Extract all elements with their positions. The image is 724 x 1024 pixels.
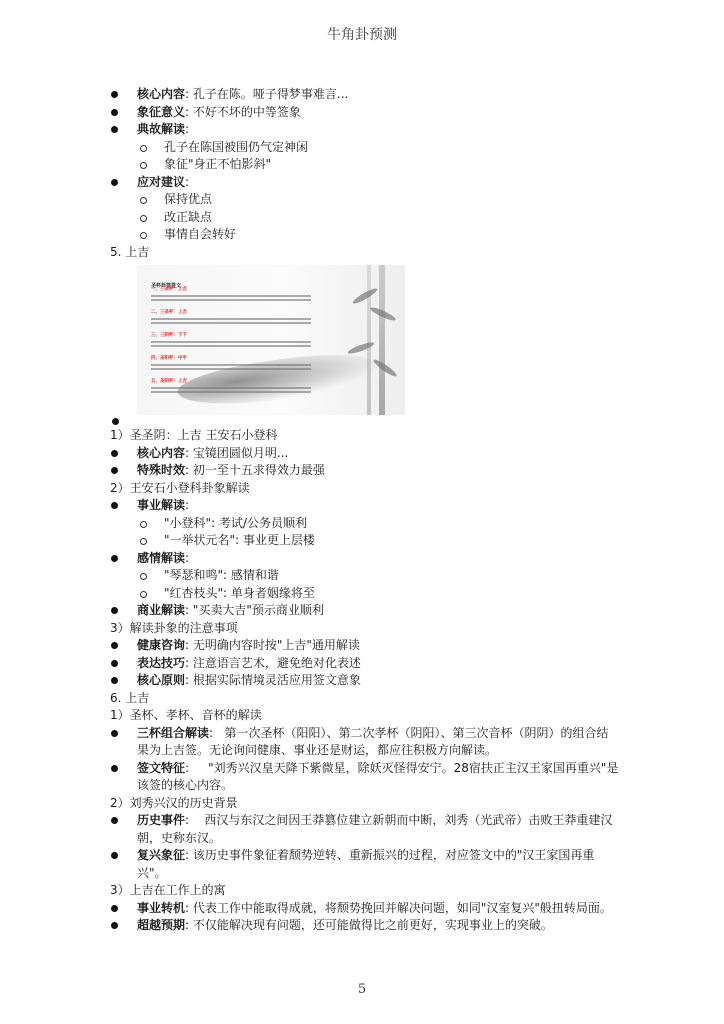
- item-label: 核心内容: [137, 446, 185, 460]
- section-heading: 6. 上吉: [110, 690, 620, 708]
- item-text: 无明确内容时按"上吉"通用解读: [193, 638, 360, 652]
- bamboo-decoration: [379, 265, 385, 415]
- bullet-item: 事业转机: 代表工作中能取得成就，将颓势挽回并解决问题，如同"汉室复兴"般扭转局…: [110, 900, 620, 918]
- sub-bullet-item: 象征"身正不怕影斜": [110, 156, 620, 174]
- item-text: 西汉与东汉之间因王莽篡位建立新朝而中断，刘秀（光武帝）击败王莽重建汉朝，史称东汉…: [137, 813, 612, 845]
- bullet-item: 健康咨询: 无明确内容时按"上吉"通用解读: [110, 637, 620, 655]
- item-label: 历史事件: [137, 813, 185, 827]
- sub-bullet-item: 事情自会转好: [110, 226, 620, 244]
- item-label: 健康咨询: [137, 638, 185, 652]
- bullet-item: 签文特征: "刘秀兴汉皇天降下紫微星，除妖灭怪得安宁。28宿扶正主汉王家国再重兴…: [110, 760, 620, 795]
- item-label: 表达技巧: [137, 656, 185, 670]
- item-label: 事业转机: [137, 901, 185, 915]
- subsection-heading: 3）上吉在工作上的寓: [110, 882, 620, 900]
- item-text: 孔子在陈。哑子得梦事难言...: [193, 87, 348, 101]
- item-label: 象征意义: [137, 105, 185, 119]
- subsection-heading: 1）圣杯、孝杯、音杯的解读: [110, 707, 620, 725]
- bullet-item: 感情解读:: [110, 550, 620, 568]
- bullet-item: 超越预期: 不仅能解决现有问题，还可能做得比之前更好，实现事业上的突破。: [110, 917, 620, 935]
- page-header-title: 牛角卦预测: [0, 24, 724, 44]
- item-label: 特殊时效: [137, 463, 185, 477]
- subsection-heading: 2）刘秀兴汉的历史背景: [110, 795, 620, 813]
- embedded-image-signs: 圣杯卦签签文 一、三圣杯：上吉 二、三圣杯：上吉 三、三阴杯：下下 四、圣阳杯：…: [137, 265, 405, 415]
- bullet-item: 历史事件: 西汉与东汉之间因王莽篡位建立新朝而中断，刘秀（光武帝）击败王莽重建汉…: [110, 812, 620, 847]
- sub-bullet-item: "一举状元名": 事业更上层楼: [110, 532, 620, 550]
- item-label: 三杯组合解读: [137, 726, 209, 740]
- item-text: 根据实际情境灵活应用签文意象: [193, 673, 361, 687]
- bullet-item: 事业解读:: [110, 497, 620, 515]
- bullet-item: 核心内容: 宝镜团圆似月明...: [110, 445, 620, 463]
- bullet-item: 三杯组合解读: 第一次圣杯（阳阳）、第二次孝杯（阴阳）、第三次音杯（阴阴）的组合…: [110, 725, 620, 760]
- sub-bullet-item: 保持优点: [110, 191, 620, 209]
- item-label: 超越预期: [137, 918, 185, 932]
- sub-bullet-item: "小登科": 考试/公务员顺利: [110, 515, 620, 533]
- figure-entry: 三、三阴杯：下下: [151, 333, 311, 349]
- item-text: 该历史事件象征着颓势逆转、重新振兴的过程，对应签文中的"汉王家国再重兴"。: [137, 848, 594, 880]
- item-label: 典故解读: [137, 122, 185, 136]
- bullet-item: 复兴象征: 该历史事件象征着颓势逆转、重新振兴的过程，对应签文中的"汉王家国再重…: [110, 847, 620, 882]
- item-text: 宝镜团圆似月明...: [193, 446, 288, 460]
- subsection-heading: 2）王安石小登科卦象解读: [110, 480, 620, 498]
- bullet-item: 核心内容: 孔子在陈。哑子得梦事难言...: [110, 86, 620, 104]
- sub-bullet-item: "琴瑟和鸣": 感情和谐: [110, 567, 620, 585]
- sub-bullet-item: 孔子在陈国被围仍气定神闲: [110, 139, 620, 157]
- item-text: 注意语言艺术，避免绝对化表述: [193, 656, 361, 670]
- item-text: 初一至十五求得效力最强: [193, 463, 325, 477]
- item-text: "买卖大吉"预示商业顺利: [193, 603, 324, 617]
- bullet-item: 典故解读:: [110, 121, 620, 139]
- item-label: 核心内容: [137, 87, 185, 101]
- item-label: 签文特征: [137, 761, 185, 775]
- sub-bullet-item: 改正缺点: [110, 209, 620, 227]
- bullet-item: 表达技巧: 注意语言艺术，避免绝对化表述: [110, 655, 620, 673]
- page-number: 5: [0, 982, 724, 997]
- bullet-item: 应对建议:: [110, 174, 620, 192]
- bamboo-decoration: [367, 265, 371, 415]
- item-text: 不仅能解决现有问题，还可能做得比之前更好，实现事业上的突破。: [193, 918, 553, 932]
- figure-entry: 二、三圣杯：上吉: [151, 310, 311, 326]
- subsection-heading: 3）解读卦象的注意事项: [110, 620, 620, 638]
- figure-entry: 一、三圣杯：上吉: [151, 287, 311, 303]
- item-text: 代表工作中能取得成就，将颓势挽回并解决问题，如同"汉室复兴"般扭转局面。: [193, 901, 612, 915]
- item-label: 应对建议: [137, 175, 185, 189]
- bullet-item: 特殊时效: 初一至十五求得效力最强: [110, 462, 620, 480]
- subsection-heading: 1）圣圣阴：上吉 王安石小登科: [110, 427, 620, 445]
- document-body: 核心内容: 孔子在陈。哑子得梦事难言... 象征意义: 不好不坏的中等签象 典故…: [110, 86, 620, 935]
- item-label: 核心原则: [137, 673, 185, 687]
- item-text: "刘秀兴汉皇天降下紫微星，除妖灭怪得安宁。28宿扶正主汉王家国再重兴"是该签的核…: [137, 761, 618, 793]
- item-label: 感情解读: [137, 551, 185, 565]
- figure-entry: 五、圣阴杯：上吉: [151, 379, 311, 395]
- item-label: 复兴象征: [137, 848, 185, 862]
- item-label: 事业解读: [137, 498, 185, 512]
- item-label: 商业解读: [137, 603, 185, 617]
- bamboo-leaf-icon: [351, 286, 378, 305]
- section-heading: 5. 上吉: [110, 244, 620, 262]
- figure-entry: 四、圣阳杯：中平: [151, 356, 311, 372]
- sub-bullet-item: "红杏枝头": 单身者姻缘将至: [110, 585, 620, 603]
- empty-bullet: [111, 415, 620, 427]
- bullet-item: 核心原则: 根据实际情境灵活应用签文意象: [110, 672, 620, 690]
- bullet-item: 象征意义: 不好不坏的中等签象: [110, 104, 620, 122]
- item-text: 不好不坏的中等签象: [193, 105, 301, 119]
- bullet-item: 商业解读: "买卖大吉"预示商业顺利: [110, 602, 620, 620]
